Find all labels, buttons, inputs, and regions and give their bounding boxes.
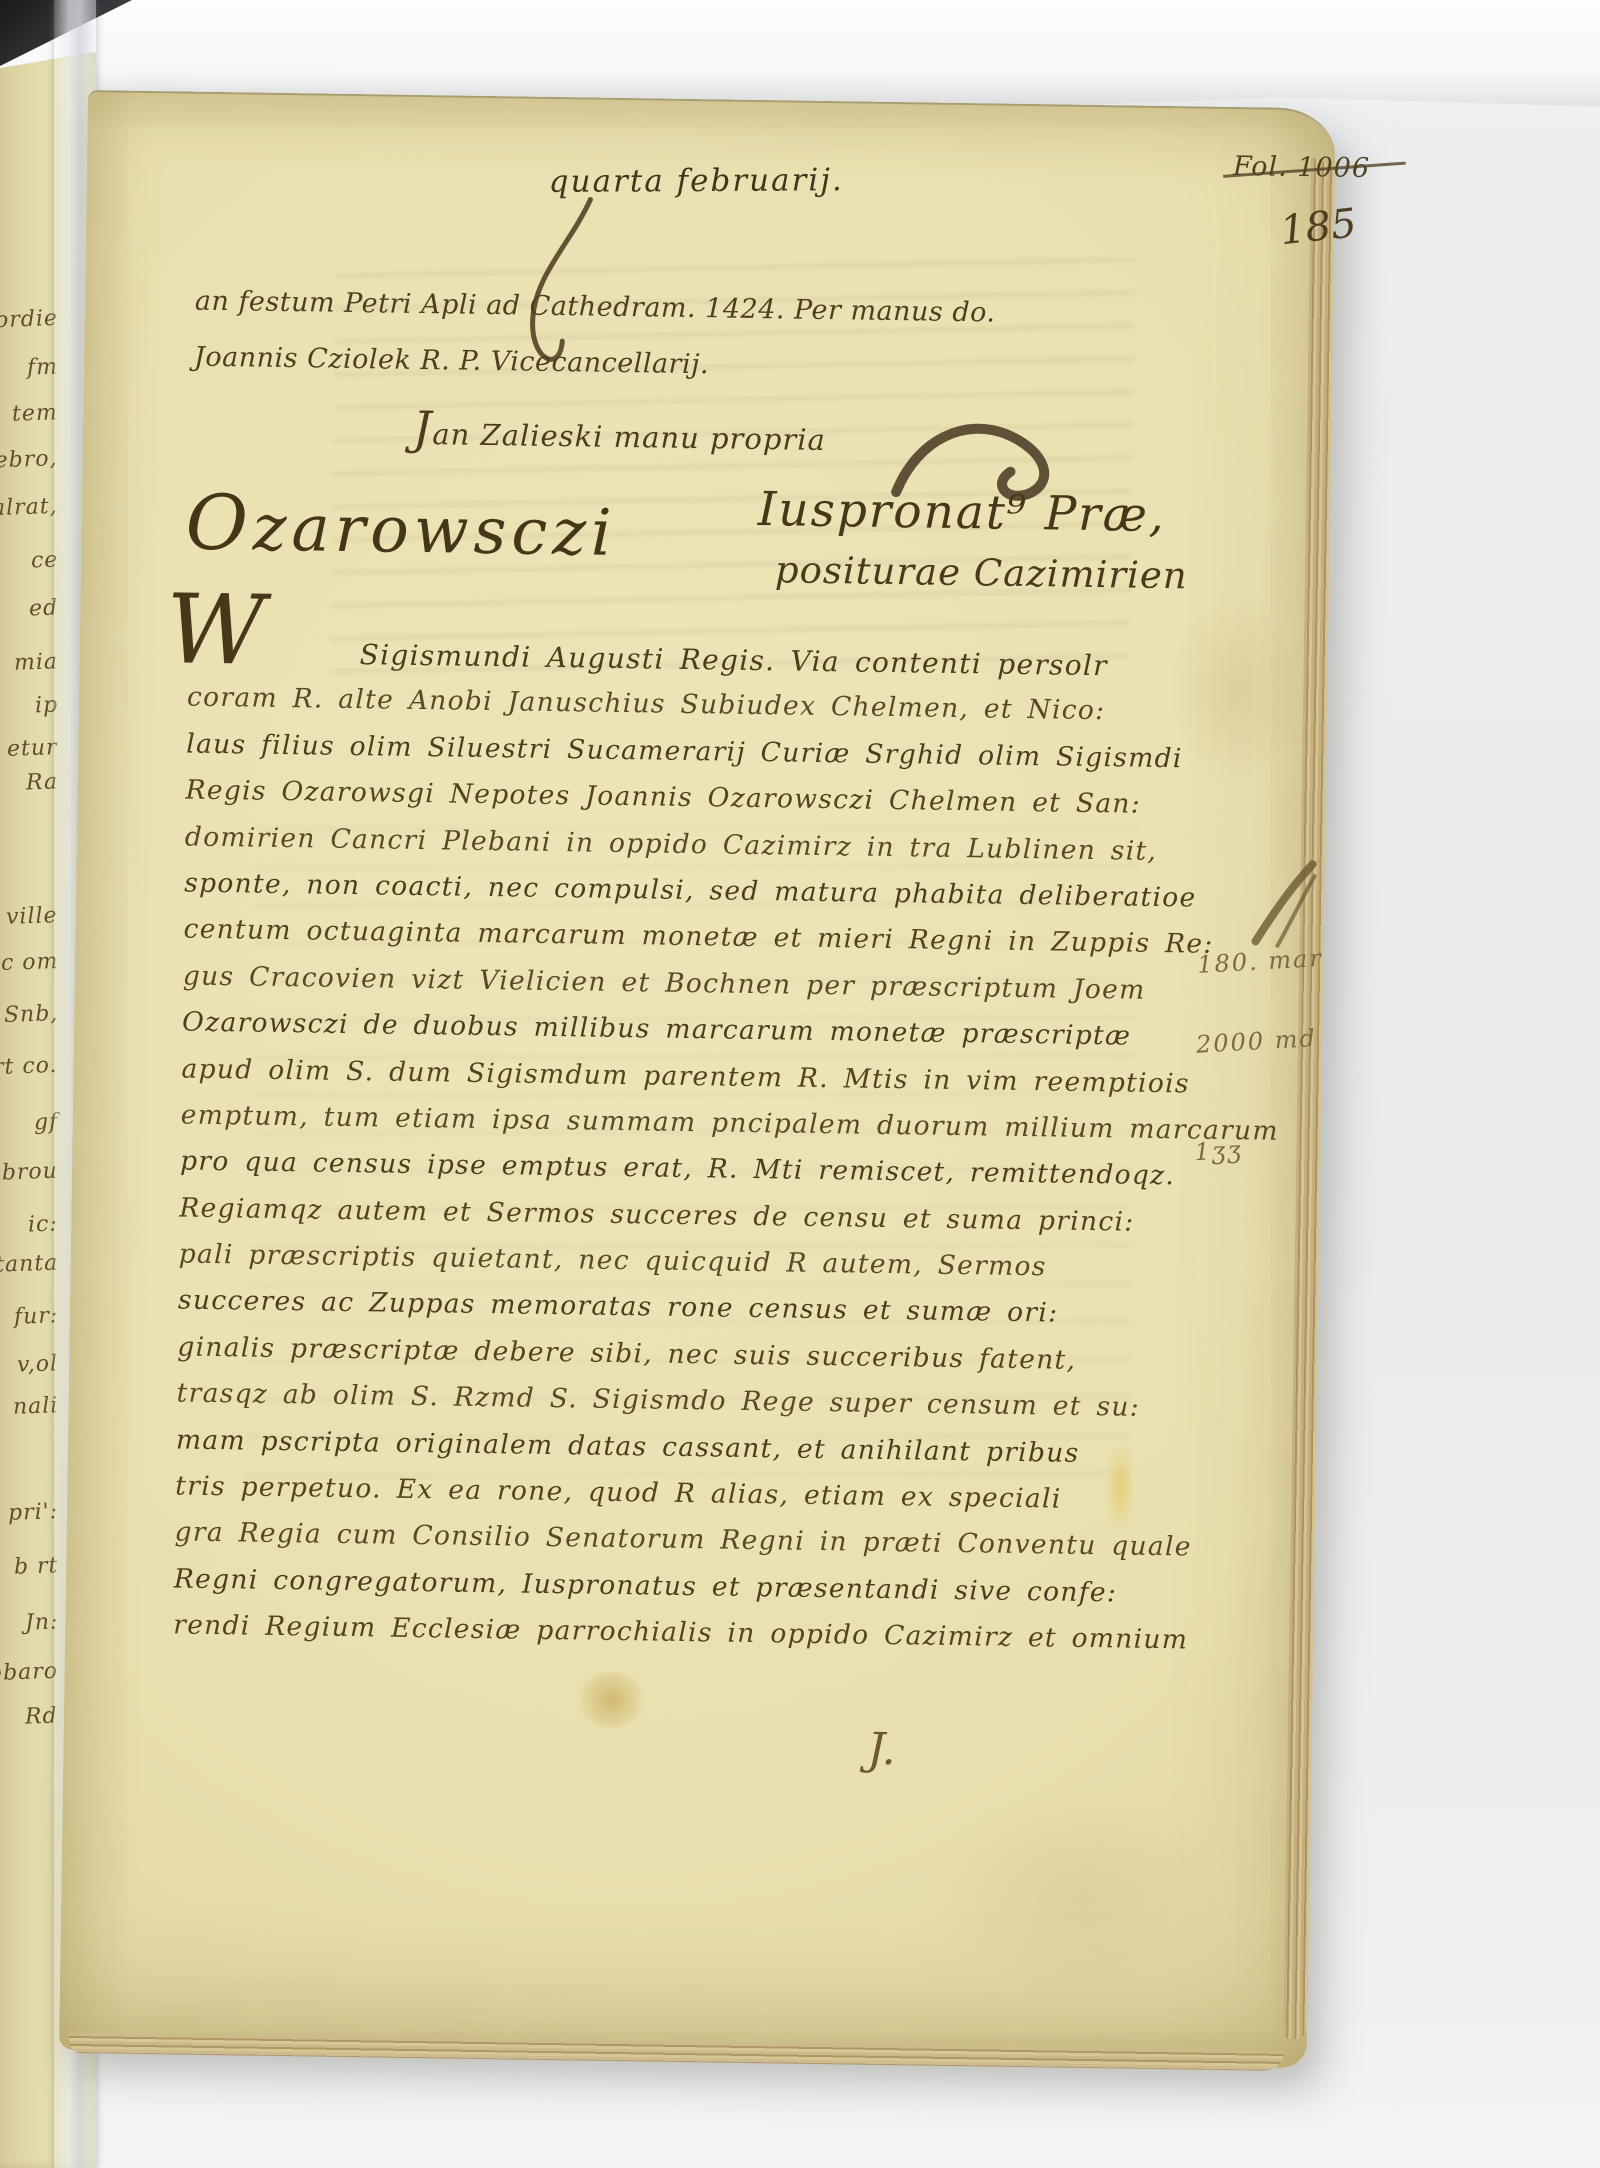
facing-page-fragment: nali xyxy=(12,1393,58,1420)
folio-number-old: Fol. 1006 xyxy=(1233,151,1370,184)
facing-page-fragment: tem xyxy=(12,400,59,427)
facing-page-fragment: c om xyxy=(0,949,58,976)
body-text: Sigismundi Augusti Regis. Via contenti p… xyxy=(173,636,1200,1671)
facing-page-fragment: mbrou xyxy=(0,1159,58,1187)
facing-page-fragment: v,ol xyxy=(16,1351,58,1377)
signature-line: Jan Zalieski manu propria xyxy=(413,401,827,461)
facing-page-fragment: Snb, xyxy=(3,1001,58,1028)
facing-page-fragment: mia xyxy=(14,649,59,676)
facing-page-fragment: librebro, xyxy=(0,446,58,475)
facing-page-fragment: rt co. xyxy=(0,1053,58,1080)
manuscript-page: quarta februarij. Fol. 1006 185 an festu… xyxy=(59,90,1336,2068)
flourish-margin xyxy=(1243,857,1324,950)
facing-page-fragment: fur: xyxy=(13,1303,58,1330)
facing-page-fragment: pri': xyxy=(7,1499,58,1526)
stain xyxy=(576,1671,647,1728)
dateline-line: Joannis Cziolek R. P. Vicecancellarij. xyxy=(194,342,709,381)
facing-page-fragment: ville xyxy=(6,903,58,930)
facing-page-fragment: alrat, xyxy=(0,494,58,521)
footer-mark: J. xyxy=(867,1724,896,1775)
heading-right-line2: positurae Cazimirien xyxy=(775,548,1188,597)
book-fore-edge xyxy=(1283,158,1335,2038)
heading-right-line1: Iuspronat⁹ Præ, xyxy=(757,482,1166,543)
folio-number-new: 185 xyxy=(1278,200,1359,254)
page-bottom-edge xyxy=(69,2033,1284,2071)
scanned-manuscript-photo: { "page": { "folio_heading": "quarta feb… xyxy=(0,0,1600,2168)
facing-page-fragment: bbaro xyxy=(0,1659,58,1686)
heading-ozarowsczi: Ozarowsczi xyxy=(185,478,617,573)
facing-page-fragment: etur xyxy=(7,735,58,762)
facing-page-fragment: b rt xyxy=(13,1553,58,1580)
facing-page-fragment: ordie xyxy=(0,306,58,333)
margin-note: 1ʒʒ xyxy=(1194,1136,1244,1167)
stain xyxy=(920,1785,1243,2010)
folio-heading: quarta februarij. xyxy=(549,162,844,200)
facing-page-fragment: o tanta xyxy=(0,1251,58,1279)
